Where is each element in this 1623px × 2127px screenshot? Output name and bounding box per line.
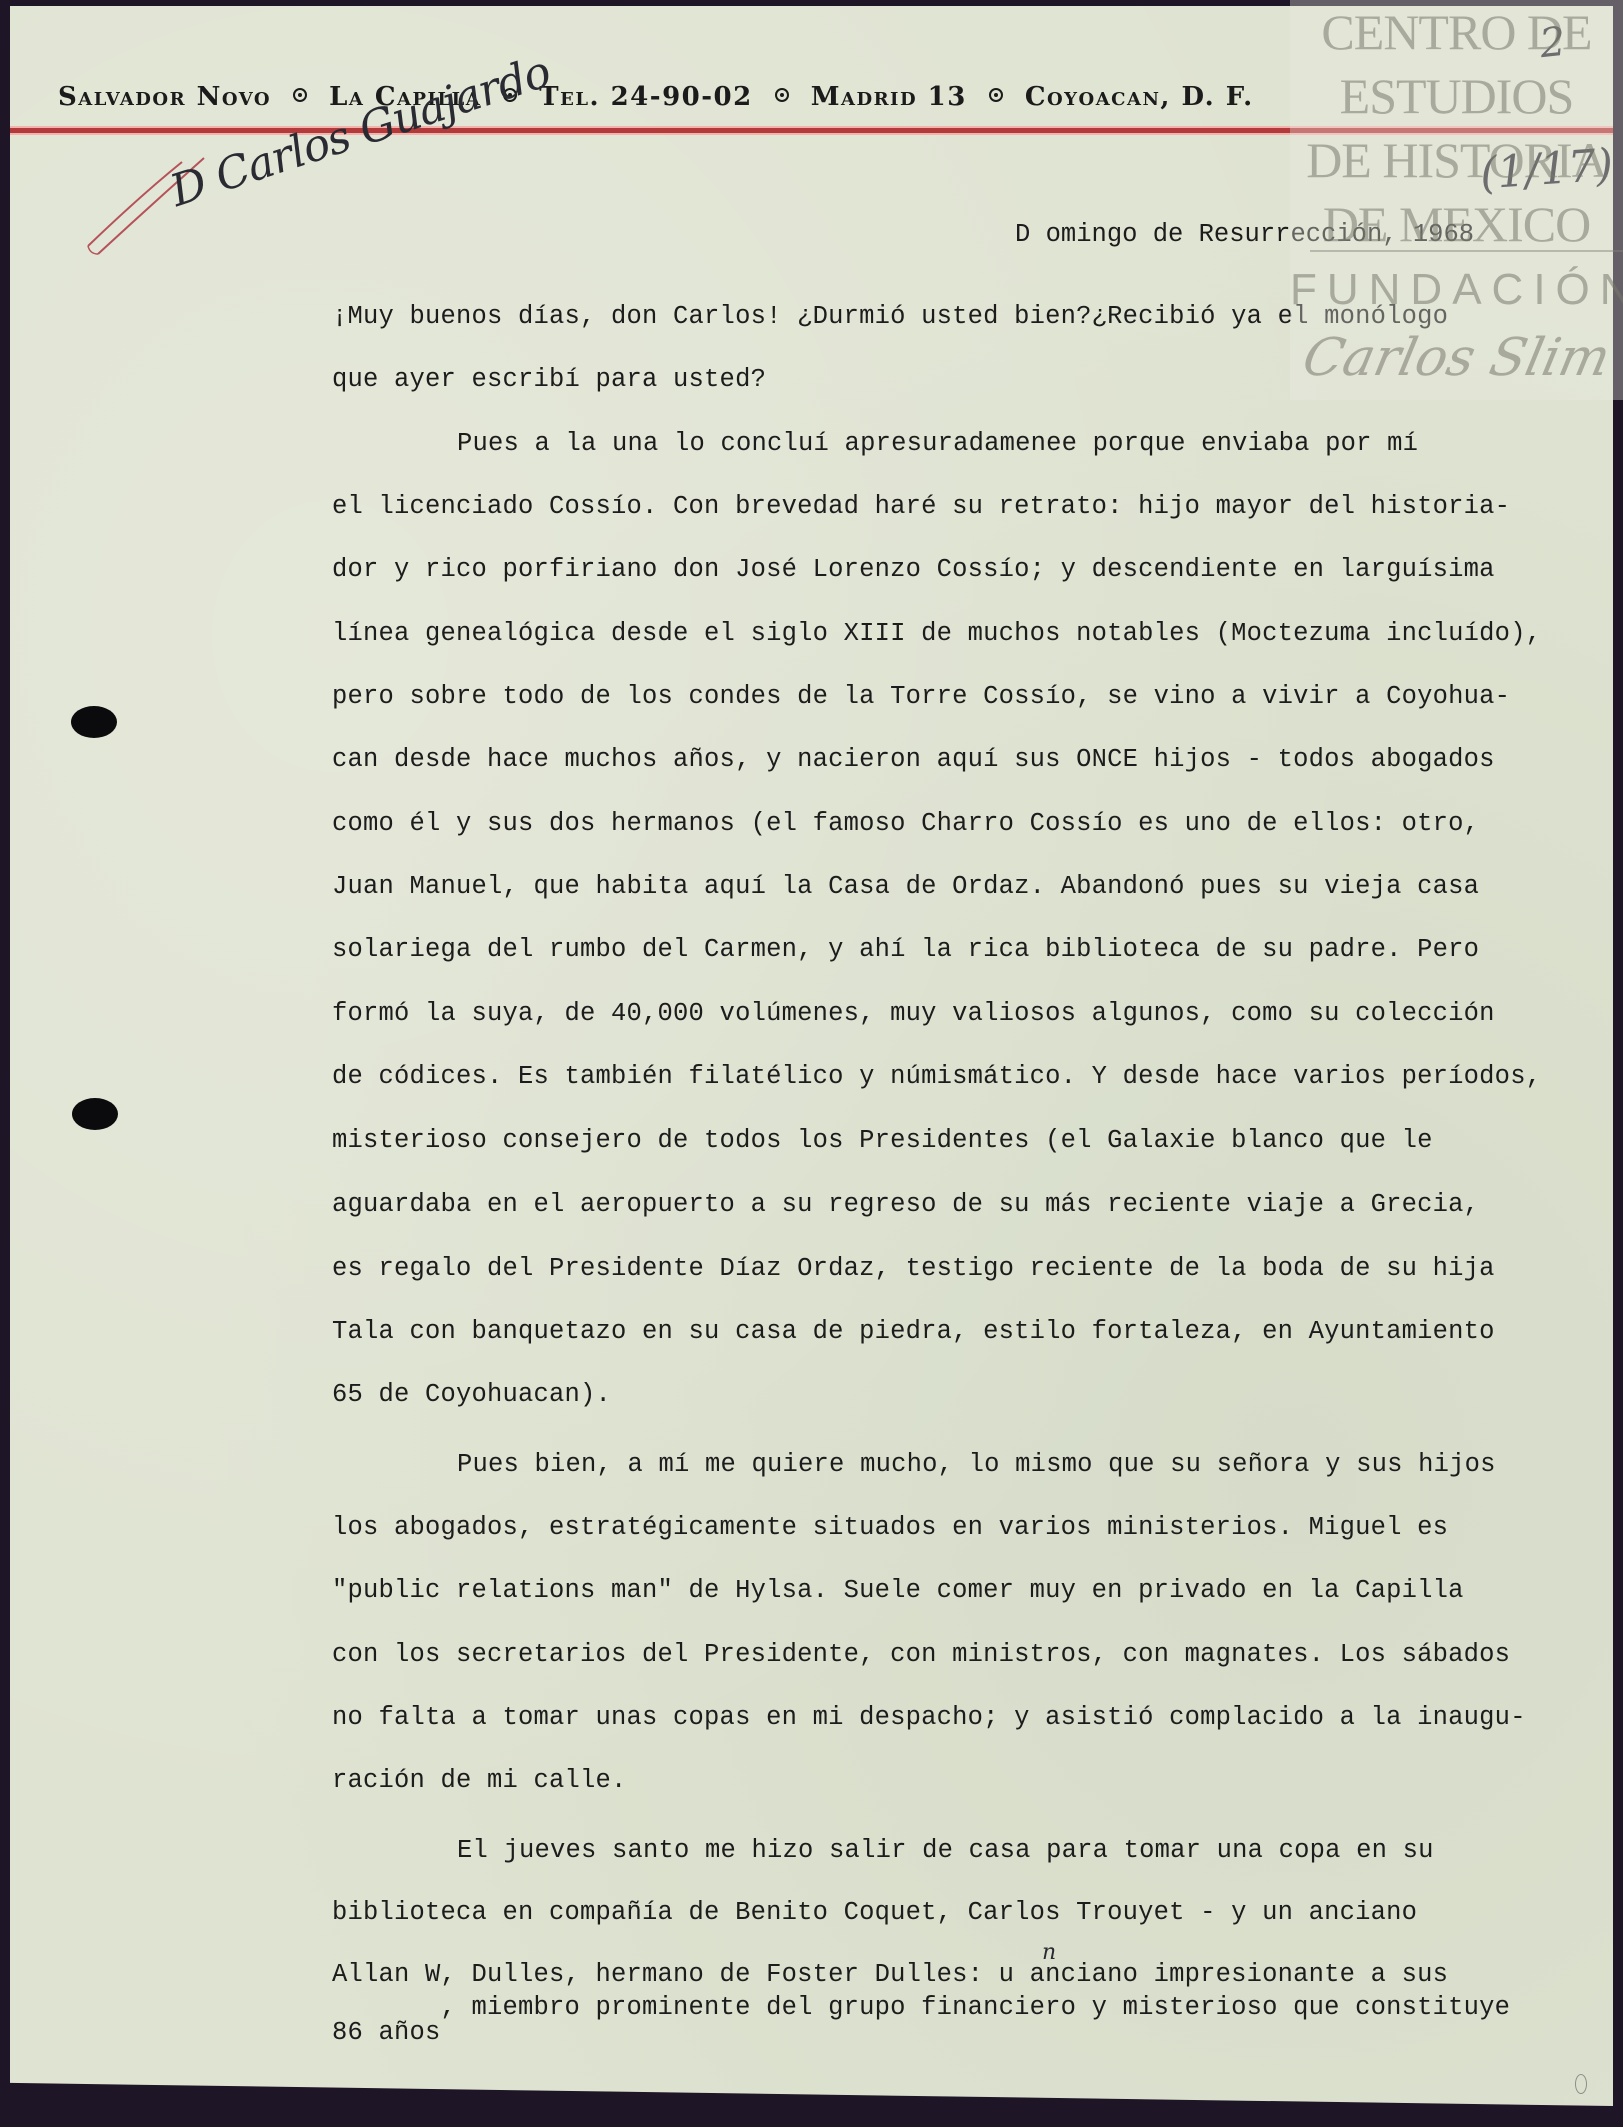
scanned-page: Salvador Novo La Capilla Tel. 24-90-02 M… <box>0 0 1623 2127</box>
bullseye-icon <box>775 88 789 102</box>
body-line: formó la suya, de 40,000 volúmenes, muy … <box>332 999 1495 1029</box>
body-line: Allan W, Dulles, hermano de Foster Dulle… <box>332 1960 1448 1990</box>
body-line: Juan Manuel, que habita aquí la Casa de … <box>332 872 1479 902</box>
bullseye-icon <box>293 88 307 102</box>
letterhead: Salvador Novo La Capilla Tel. 24-90-02 M… <box>58 82 1598 112</box>
letterhead-city: Coyoacan, D. F. <box>1025 82 1254 112</box>
pencil-circle-mark <box>1575 2074 1587 2094</box>
body-line: pero sobre todo de los condes de la Torr… <box>332 682 1510 712</box>
letterhead-street: Madrid 13 <box>811 82 967 112</box>
body-line: ¡Muy buenos días, don Carlos! ¿Durmió us… <box>332 302 1448 332</box>
body-line: El jueves santo me hizo salir de casa pa… <box>457 1836 1434 1866</box>
handwritten-page-number: 2 <box>1538 19 1568 67</box>
letterhead-phone: Tel. 24-90-02 <box>539 82 752 112</box>
body-line: , miembro prominente del grupo financier… <box>332 1993 1510 2023</box>
hole-punch <box>71 706 117 738</box>
hole-punch <box>72 1098 118 1130</box>
body-line: que ayer escribí para usted? <box>332 365 766 395</box>
body-line: solariega del rumbo del Carmen, y ahí la… <box>332 935 1479 965</box>
body-line: el licenciado Cossío. Con brevedad haré … <box>332 492 1510 522</box>
bullseye-icon <box>989 88 1003 102</box>
paper-sheet: Salvador Novo La Capilla Tel. 24-90-02 M… <box>10 6 1613 2106</box>
body-line: dor y rico porfiriano don José Lorenzo C… <box>332 555 1495 585</box>
body-line: misterioso consejero de todos los Presid… <box>332 1126 1433 1156</box>
letterhead-red-rule <box>10 128 1613 133</box>
body-line: can desde hace muchos años, y nacieron a… <box>332 745 1495 775</box>
handwritten-folio: (1/17) <box>1478 139 1614 199</box>
body-line: 65 de Coyohuacan). <box>332 1380 611 1410</box>
body-line: Tala con banquetazo en su casa de piedra… <box>332 1317 1495 1347</box>
body-line: los abogados, estratégicamente situados … <box>332 1513 1448 1543</box>
body-line: Pues bien, a mí me quiere mucho, lo mism… <box>457 1450 1496 1480</box>
body-line: ración de mi calle. <box>332 1766 627 1796</box>
body-line: Pues a la una lo concluí apresuradamenee… <box>457 429 1418 459</box>
body-line: de códices. Es también filatélico y númi… <box>332 1062 1541 1092</box>
dateline: D omingo de Resurrección, 1968 <box>1015 220 1474 249</box>
body-line: biblioteca en compañía de Benito Coquet,… <box>332 1898 1417 1928</box>
body-line: es regalo del Presidente Díaz Ordaz, tes… <box>332 1254 1495 1284</box>
body-line: 86 años <box>332 2018 441 2048</box>
body-line: línea genealógica desde el siglo XIII de… <box>332 619 1541 649</box>
body-line: aguardaba en el aeropuerto a su regreso … <box>332 1190 1479 1220</box>
body-line: como él y sus dos hermanos (el famoso Ch… <box>332 809 1479 839</box>
body-line: con los secretarios del Presidente, con … <box>332 1640 1510 1670</box>
body-line: no falta a tomar unas copas en mi despac… <box>332 1703 1526 1733</box>
body-line: "public relations man" de Hylsa. Suele c… <box>332 1576 1464 1606</box>
letterhead-name: Salvador Novo <box>58 82 271 112</box>
